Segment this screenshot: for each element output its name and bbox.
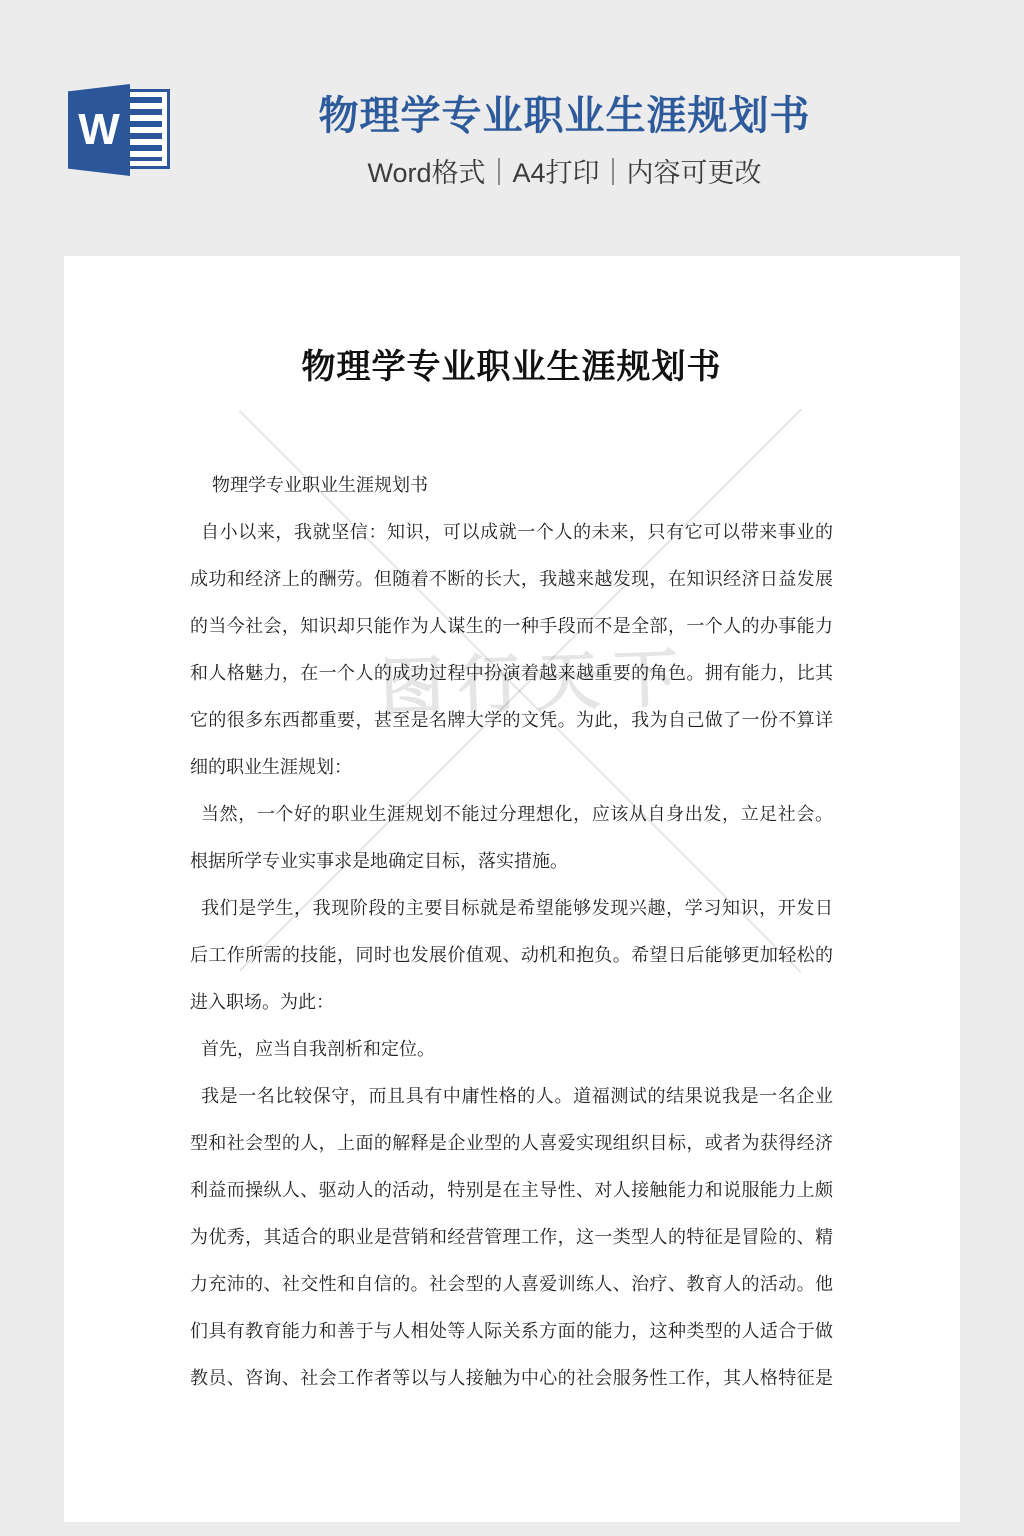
doc-line: 成功和经济上的酬劳。但随着不断的长大，我越来越发现，在知识经济日益发展 <box>190 556 833 603</box>
doc-paragraph: 当然，一个好的职业生涯规划不能过分理想化，应该从自身出发，立足社会。根据所学专业… <box>190 791 833 885</box>
doc-line: 后工作所需的技能，同时也发展价值观、动机和抱负。希望日后能够更加轻松的 <box>190 932 833 979</box>
document-page: 图行天下 物理学专业职业生涯规划书 物理学专业职业生涯规划书自小以来，我就坚信：… <box>64 256 960 1522</box>
doc-line: 我是一名比较保守，而且具有中庸性格的人。道福测试的结果说我是一名企业 <box>190 1073 833 1120</box>
doc-line: 物理学专业职业生涯规划书 <box>190 462 833 509</box>
doc-line: 自小以来，我就坚信：知识，可以成就一个人的未来，只有它可以带来事业的 <box>190 509 833 556</box>
doc-body: 物理学专业职业生涯规划书自小以来，我就坚信：知识，可以成就一个人的未来，只有它可… <box>190 462 833 1402</box>
doc-line: 当然，一个好的职业生涯规划不能过分理想化，应该从自身出发，立足社会。 <box>190 791 833 838</box>
doc-line: 根据所学专业实事求是地确定目标，落实措施。 <box>190 838 833 885</box>
page-title: 物理学专业职业生涯规划书 <box>105 94 1024 138</box>
doc-line: 们具有教育能力和善于与人相处等人际关系方面的能力，这种类型的人适合于做 <box>190 1308 833 1355</box>
doc-paragraph: 物理学专业职业生涯规划书 <box>190 462 833 509</box>
doc-line: 和人格魅力，在一个人的成功过程中扮演着越来越重要的角色。拥有能力，比其 <box>190 650 833 697</box>
doc-line: 进入职场。为此： <box>190 979 833 1026</box>
doc-line: 力充沛的、社交性和自信的。社会型的人喜爱训练人、治疗、教育人的活动。他 <box>190 1261 833 1308</box>
header-text-block: 物理学专业职业生涯规划书 Word格式｜A4打印｜内容可更改 <box>105 0 1024 189</box>
doc-line: 型和社会型的人，上面的解释是企业型的人喜爱实现组织目标，或者为获得经济 <box>190 1120 833 1167</box>
page-subtitle: Word格式｜A4打印｜内容可更改 <box>105 157 1024 189</box>
doc-line: 首先，应当自我剖析和定位。 <box>190 1026 833 1073</box>
document-title: 物理学专业职业生涯规划书 <box>190 344 833 392</box>
doc-line: 细的职业生涯规划： <box>190 744 833 791</box>
doc-line: 为优秀，其适合的职业是营销和经营管理工作，这一类型人的特征是冒险的、精 <box>190 1214 833 1261</box>
doc-paragraph: 首先，应当自我剖析和定位。 <box>190 1026 833 1073</box>
page-gap-strip <box>0 1522 1024 1536</box>
doc-paragraph: 我们是学生，我现阶段的主要目标就是希望能够发现兴趣，学习知识，开发日后工作所需的… <box>190 885 833 1026</box>
doc-paragraph: 我是一名比较保守，而且具有中庸性格的人。道福测试的结果说我是一名企业型和社会型的… <box>190 1073 833 1402</box>
doc-line: 教员、咨询、社会工作者等以与人接触为中心的社会服务性工作，其人格特征是 <box>190 1355 833 1402</box>
page-background: W 物理学专业职业生涯规划书 Word格式｜A4打印｜内容可更改 图行天下 物理… <box>0 0 1024 1536</box>
doc-line: 的当今社会，知识却只能作为人谋生的一种手段而不是全部，一个人的办事能力 <box>190 603 833 650</box>
site-header: W 物理学专业职业生涯规划书 Word格式｜A4打印｜内容可更改 <box>0 0 1024 256</box>
doc-line: 我们是学生，我现阶段的主要目标就是希望能够发现兴趣，学习知识，开发日 <box>190 885 833 932</box>
doc-paragraph: 自小以来，我就坚信：知识，可以成就一个人的未来，只有它可以带来事业的成功和经济上… <box>190 509 833 791</box>
doc-line: 利益而操纵人、驱动人的活动，特别是在主导性、对人接触能力和说服能力上颇 <box>190 1167 833 1214</box>
doc-line: 它的很多东西都重要，甚至是名牌大学的文凭。为此，我为自己做了一份不算详 <box>190 697 833 744</box>
